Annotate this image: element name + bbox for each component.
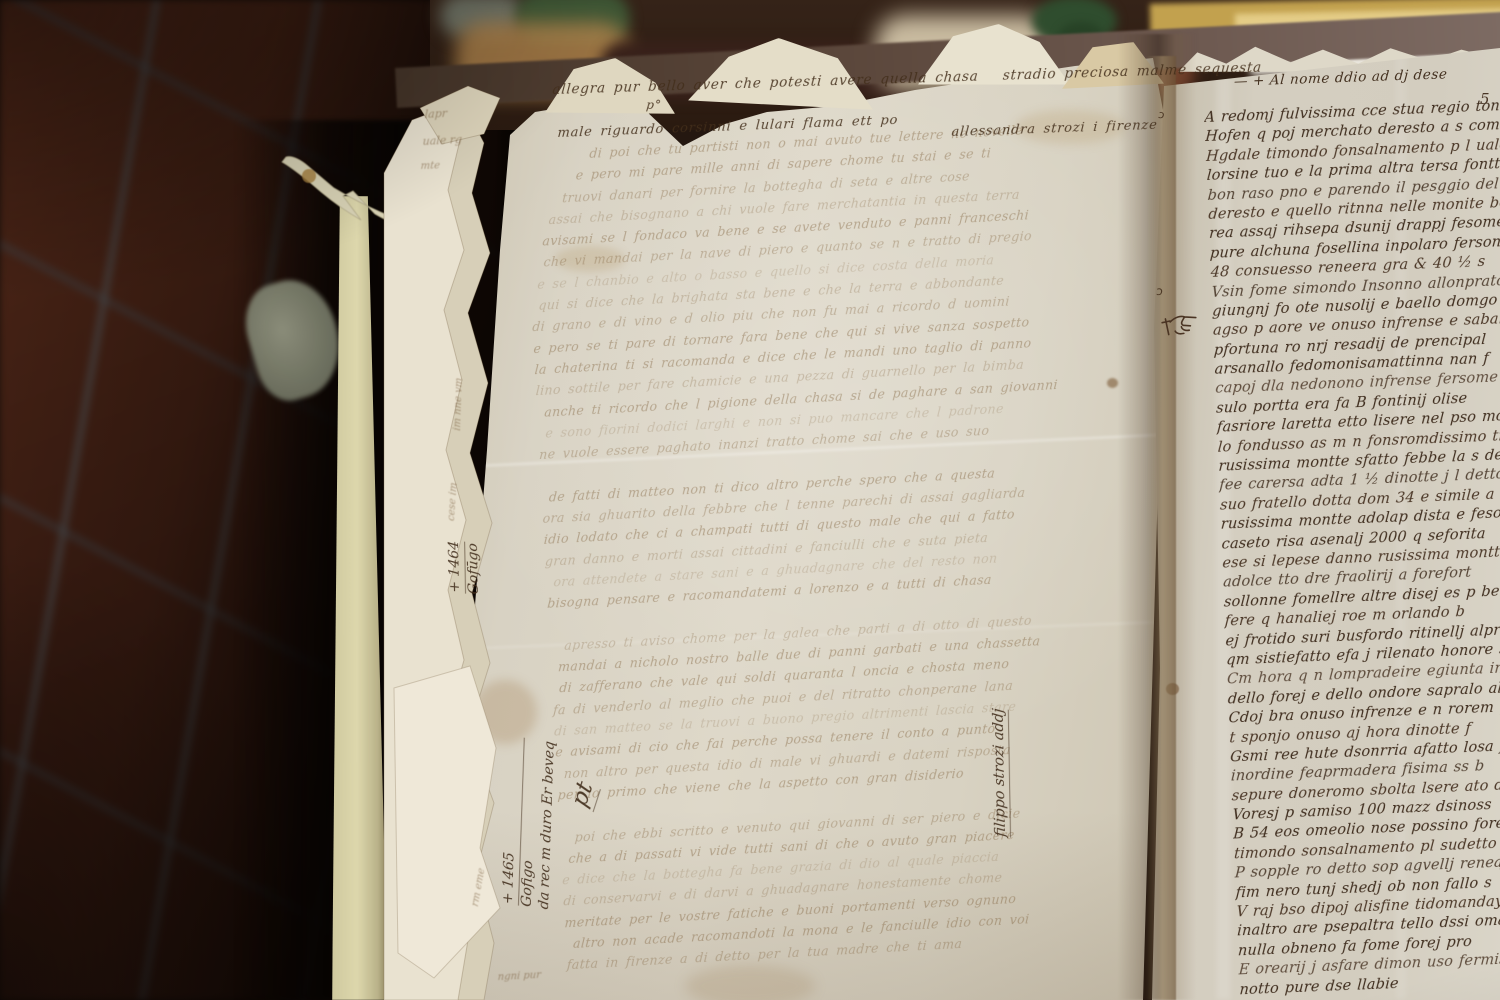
right-page-text: A redomj fulvissima cce stua regio tonnu… [1204,98,1500,1000]
paper-stain [1166,683,1179,695]
torn-page-edges [372,48,562,1000]
manuscript-photo-scene: di poi che tu partisti non o mai avuto t… [0,0,1500,1000]
left-page-text: di poi che tu partisti non o mai avuto t… [515,115,1214,980]
right-manuscript-page: — + Al nome ddio ad dj dese 5 A redomj f… [1148,28,1500,1000]
